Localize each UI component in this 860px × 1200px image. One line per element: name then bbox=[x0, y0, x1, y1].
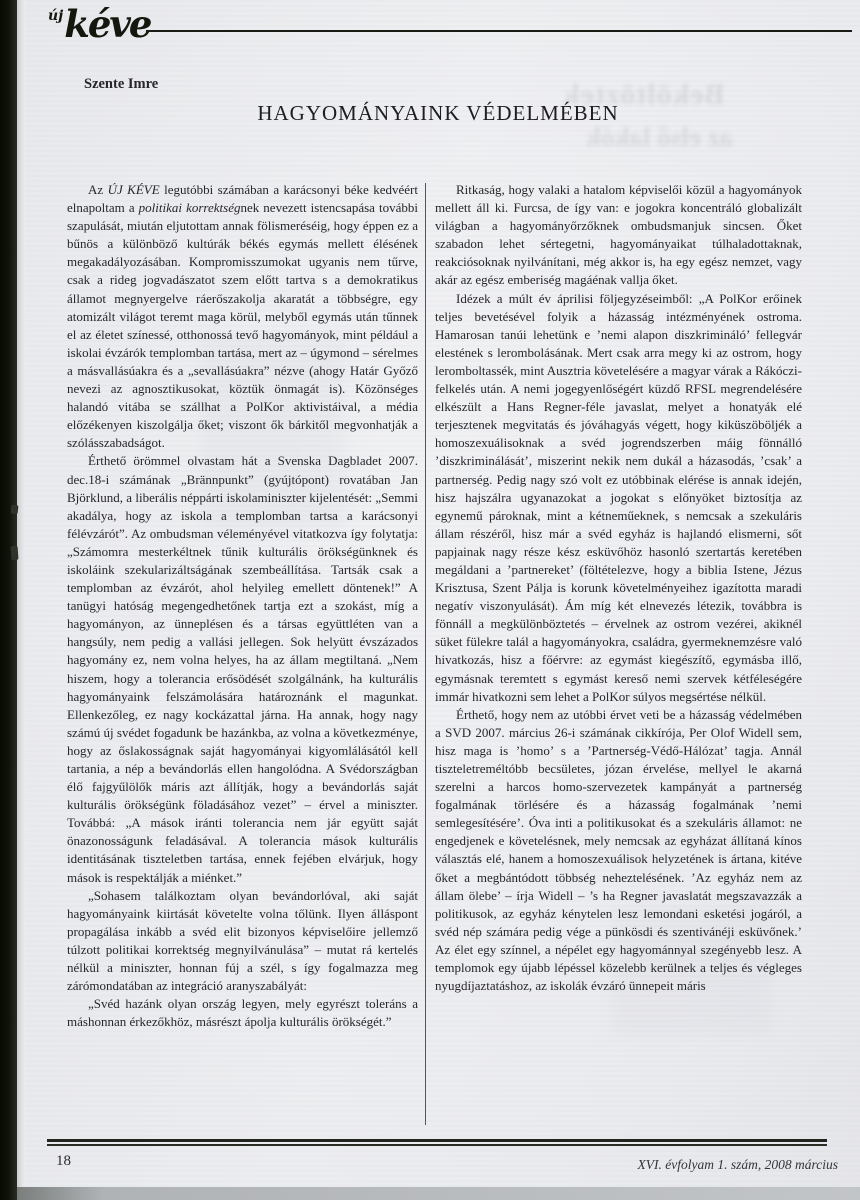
column-divider bbox=[425, 183, 426, 1125]
article-title: HAGYOMÁNYAINK VÉDELMÉBEN bbox=[56, 101, 820, 126]
paragraph: Az ÚJ KÉVE legutóbbi számában a karácson… bbox=[67, 181, 418, 452]
scanner-bottom-edge bbox=[0, 1187, 860, 1200]
paragraph: „Sohasem találkoztam olyan bevándorlóval… bbox=[67, 887, 418, 996]
scan-artifact bbox=[11, 546, 19, 560]
left-column: Az ÚJ KÉVE legutóbbi számában a karácson… bbox=[67, 181, 418, 1131]
scanner-left-edge bbox=[0, 0, 17, 1200]
masthead-rule bbox=[146, 30, 852, 32]
paper-edge bbox=[17, 0, 26, 1187]
footer-rule bbox=[47, 1139, 827, 1146]
paragraph: „Svéd hazánk olyan ország legyen, mely e… bbox=[67, 995, 418, 1031]
article-body: Az ÚJ KÉVE legutóbbi számában a karácson… bbox=[67, 181, 802, 1131]
paragraph: Ritkaság, hogy valaki a hatalom képvisel… bbox=[435, 181, 802, 290]
paragraph: Idézek a múlt év áprilisi följegyzéseimb… bbox=[435, 290, 802, 706]
scanned-magazine-page: Beköltöztek az első lakók új kéve Szente… bbox=[0, 0, 860, 1200]
logo-prefix: új bbox=[48, 8, 63, 24]
issue-info: XVI. évfolyam 1. szám, 2008 március bbox=[638, 1157, 838, 1173]
bleedthrough-text: az első lakók bbox=[586, 122, 733, 153]
page-number: 18 bbox=[56, 1153, 71, 1170]
page: Beköltöztek az első lakók új kéve Szente… bbox=[26, 0, 860, 1187]
logo-word: kéve bbox=[64, 6, 150, 43]
masthead: új kéve bbox=[48, 6, 852, 43]
page-footer: 18 XVI. évfolyam 1. szám, 2008 március bbox=[56, 1153, 838, 1173]
magazine-logo: új kéve bbox=[48, 6, 150, 43]
article-author: Szente Imre bbox=[84, 76, 158, 93]
right-column: Ritkaság, hogy valaki a hatalom képvisel… bbox=[435, 181, 802, 1131]
scan-artifact bbox=[11, 505, 19, 515]
paragraph: Érthető, hogy nem az utóbbi érvet veti b… bbox=[435, 706, 802, 996]
paragraph: Érthető örömmel olvastam hát a Svenska D… bbox=[67, 452, 418, 886]
